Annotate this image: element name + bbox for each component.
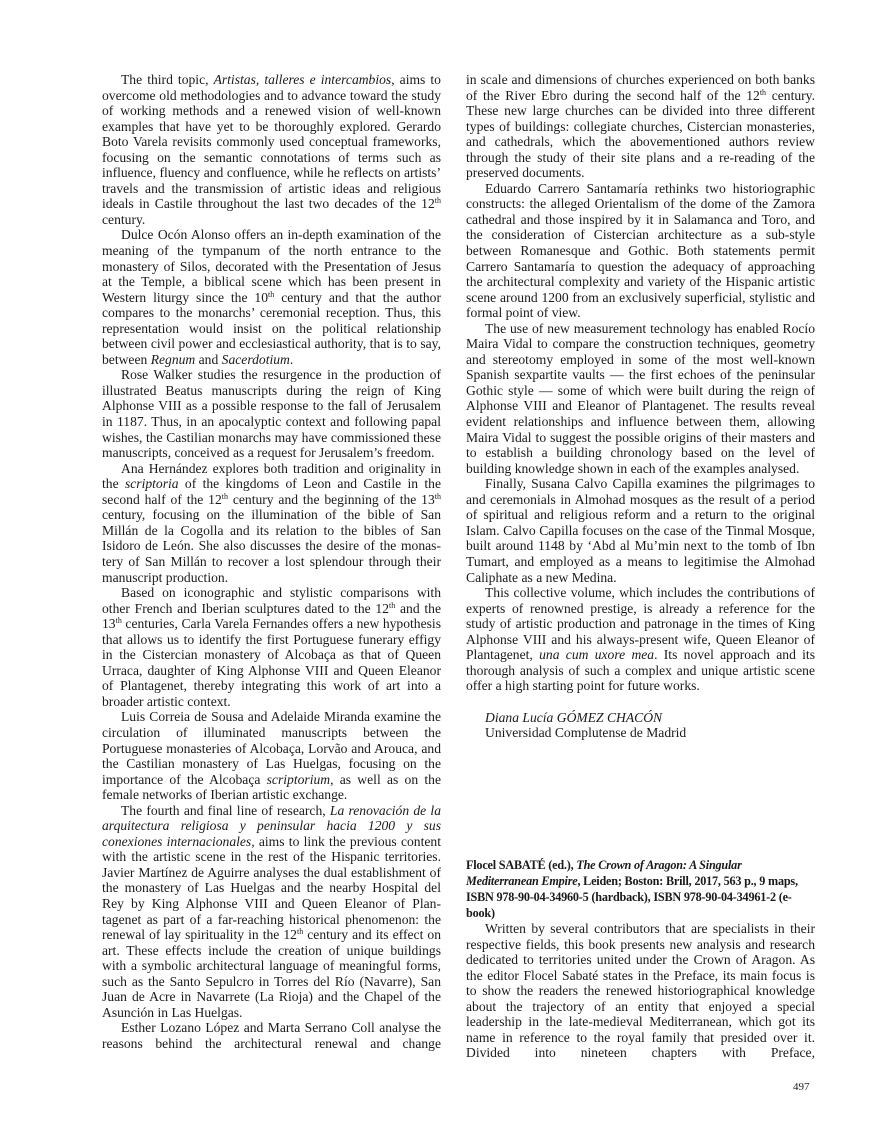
paragraph-correia-de-sousa: Luis Correia de Sousa and Adelaide Miran… [102,709,441,802]
paragraph-maira-vidal: The use of new measurement technology ha… [466,321,815,476]
book-editor: Flocel SABATÉ (ed.), [466,858,576,872]
left-column: The third topic, Artistas, talleres e in… [102,72,441,1051]
paragraph-lozano-lopez: Esther Lozano López and Marta Serrano Co… [102,1020,441,1051]
paragraph-conclusion: This collective volume, which includes t… [466,585,815,694]
paragraph-fourth-line: The fourth and final line of research, L… [102,803,441,1021]
page-number: 497 [793,1081,810,1093]
italic-title: Artistas, talleres e intercambios [214,72,392,87]
right-column: in scale and dimensions of churches expe… [466,72,815,741]
paragraph-rose-walker: Rose Walker studies the resurgence in th… [102,367,441,460]
paragraph-continuation: in scale and dimensions of churches expe… [466,72,815,181]
reviewer-affiliation: Universidad Complutense de Madrid [485,725,815,741]
paragraph-varela-fernandes: Based on iconographic and stylistic comp… [102,585,441,709]
paragraph-crown-of-aragon: Written by several contributors that are… [466,921,815,1061]
reviewer-signature: Diana Lucía GÓMEZ CHACÓN Universidad Com… [466,710,815,741]
paragraph-third-topic: The third topic, Artistas, talleres e in… [102,72,441,227]
book-review-header: Flocel SABATÉ (ed.), The Crown of Aragon… [466,857,815,921]
paragraph-calvo-capilla: Finally, Susana Calvo Capilla examines t… [466,476,815,585]
paragraph-ocon-alonso: Dulce Ocón Alonso offers an in-depth exa… [102,227,441,367]
reviewer-name: Diana Lucía GÓMEZ CHACÓN [485,710,815,726]
book-review-body: Written by several contributors that are… [466,921,815,1061]
paragraph-ana-hernandez: Ana Hernández explores both tradition an… [102,461,441,585]
paragraph-carrero-santamaria: Eduardo Carrero Santamaría rethinks two … [466,181,815,321]
